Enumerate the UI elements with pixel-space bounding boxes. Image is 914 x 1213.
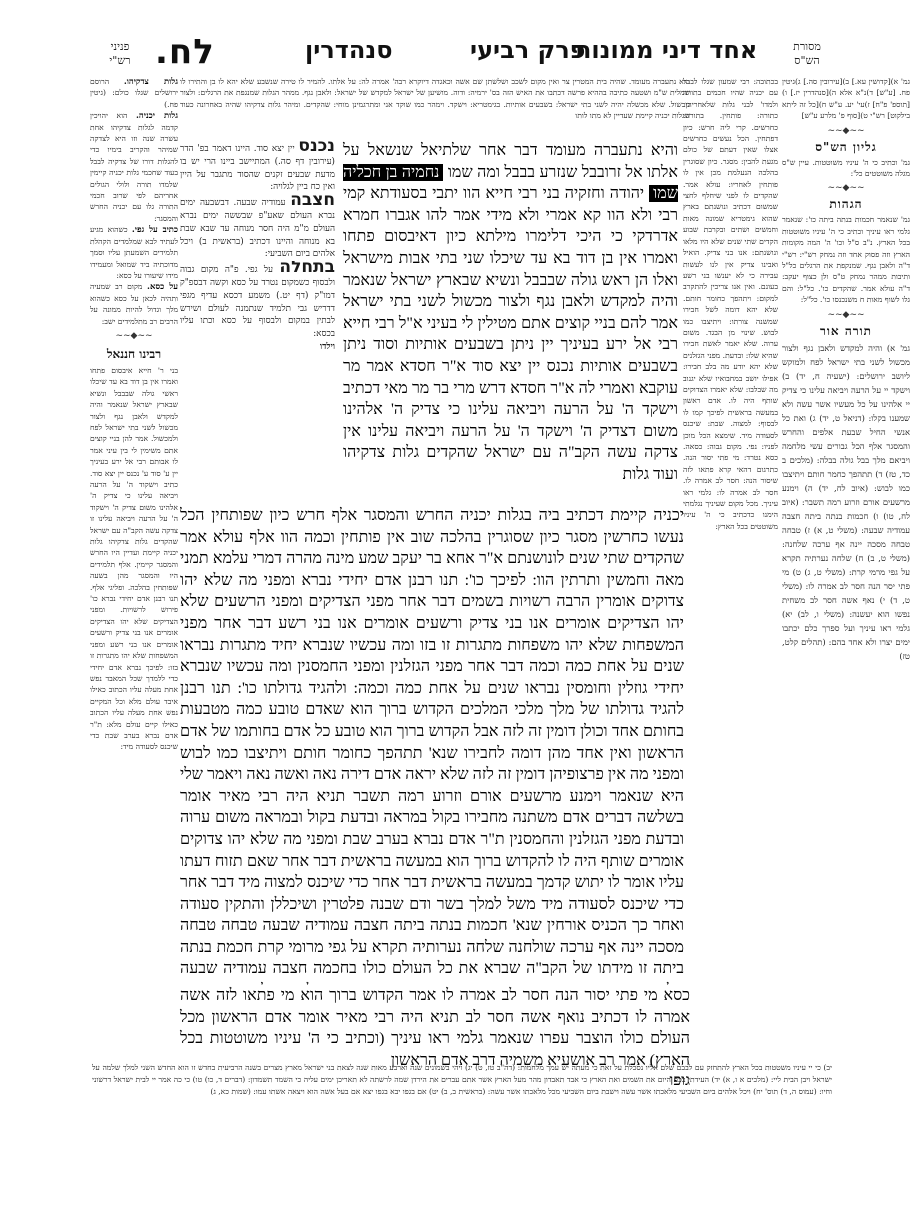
- commentary-entry: גלות יכניה. הוא יהויכין קדמה לגלות צדקיה…: [90, 110, 178, 224]
- ornament-divider: ~~◆~~: [90, 331, 178, 341]
- pninei-rashi-label: פניני רש"י: [100, 40, 140, 68]
- tosafot-catchword: וילדו: [180, 341, 335, 354]
- entry-heading: גלות צדקיהו.: [124, 76, 178, 86]
- right-margin: גמ' א)[קדושין עא.] ב)[עירובין סה.] ג)גיט…: [782, 76, 910, 811]
- rashi-top-commentary: היא נתעברה מעומד. שהיה בית המטרין צר ואי…: [180, 76, 690, 138]
- tosafot-entry: חצבה עמודיה שבעה. דבשבעה ימים נברא העולם…: [180, 194, 335, 261]
- commentary-entry: גלות צדקיהו. הרוסם ירושלים שגלו כולם: (ג…: [90, 76, 178, 110]
- talmud-page: פניני רש"י לח. סנהדרין פרק רביעי אחד דינ…: [0, 0, 914, 1213]
- hagahot-title: הגהות: [782, 197, 910, 212]
- mishnah-title: אחד דיני ממונות: [575, 36, 757, 64]
- gemara-line: כסא מי פתי יסור הנה חסר לב אמרה לו אמר ה…: [180, 987, 690, 1069]
- label-line: מסורת: [782, 40, 832, 54]
- ornament-divider: ~~◆~~: [782, 310, 910, 320]
- torah-or-title: תורה אור: [782, 324, 910, 339]
- label-line: רש"י: [100, 54, 140, 68]
- label-line: פניני: [100, 40, 140, 54]
- rabbenu-chananel-title: רבינו חננאל: [90, 347, 178, 362]
- footer-verse-references: יב) כי יי עיניו משטטות בכל הארץ להתחזק ע…: [92, 1062, 832, 1099]
- gemara-continuation: וחזקיה בני רבי חייא הוו יתבי בסעודתא קמי…: [343, 185, 678, 483]
- masoret-hashas-text: גמ' א)[קדושין עא.] ב)[עירובין סה.] ג)גיט…: [782, 76, 910, 122]
- tosafot-heading: נכנס: [298, 140, 335, 156]
- tractate-title: סנהדרין: [305, 36, 393, 64]
- gemara-line: והיא נתעברה מעומד דבר אחר שלתיאל: [421, 142, 678, 159]
- gemara-wide-text: יכניה קיימת דכתיב ביה בגלות יכניה החרש ו…: [180, 505, 684, 985]
- gemara-line: ומה שמו: [448, 164, 500, 181]
- commentary-entry: כתיב על גפי. כשהוא מגיע לעתיד לבא שמלמדי…: [90, 224, 178, 281]
- gemara-main-text: והיא נתעברה מעומד דבר אחר שלתיאל שנשאל ע…: [343, 140, 678, 486]
- left-margin-commentary: גלות צדקיהו. הרוסם ירושלים שגלו כולם: (ג…: [90, 76, 178, 965]
- label-line: הש"ס: [782, 54, 832, 68]
- tosafot-heading: בתחלה: [279, 261, 335, 277]
- gemara-line: יהודה: [610, 185, 644, 202]
- hagahot-text: גמ' שנאמר חכמות בנתה ביתה כו': שנאמר גלמ…: [782, 214, 910, 305]
- tosafot-text: על גפי. פ"ה מקום גבוה ולבסוף כשמקום נטרד…: [180, 265, 335, 339]
- gilyon-hashas-title: גליון הש"ס: [782, 140, 910, 155]
- rashi-commentary: בכתובה: רבי שמעון שגלו לבבל עם יכניה שהי…: [683, 76, 778, 976]
- commentary-entry: על כסא. מקום רב שמעיה ותהיה לכאן על כסא …: [90, 281, 178, 327]
- rabbenu-chananel-text: בני ר' חייא איבסום פתחו ואמרו אין בן דוד…: [90, 365, 178, 965]
- masoret-label: מסורת הש"ס: [782, 40, 832, 68]
- chapter-title: פרק רביעי: [470, 36, 585, 64]
- entry-text: הוא יהויכין קדמה לגלות צדקיהו אחת עשרה ש…: [90, 111, 178, 223]
- tosafot-heading: חצבה: [290, 194, 335, 210]
- ornament-divider: ~~◆~~: [782, 183, 910, 193]
- entry-heading: גלות יכניה.: [136, 110, 178, 120]
- tosafot-entry: בתחלה על גפי. פ"ה מקום גבוה ולבסוף כשמקו…: [180, 261, 335, 341]
- torah-or-text: גמ' א) והיה למקדש ולאבן נגף ולצור מכשול …: [782, 341, 910, 811]
- daf-number: לח.: [155, 32, 215, 72]
- entry-heading: כתיב על גפי.: [132, 224, 178, 234]
- ornament-divider: ~~◆~~: [782, 126, 910, 136]
- entry-heading: על כסא.: [147, 281, 178, 291]
- gilyon-hashas-text: גמ' וכתיב כי ה' עיניו משוטטות. עיין ש"ס …: [782, 157, 910, 180]
- tosafot-commentary: נכנס יין יצא סוד. היינו דאמר בפ' הדר (עי…: [180, 140, 335, 354]
- tosafot-entry: נכנס יין יצא סוד. היינו דאמר בפ' הדר (עי…: [180, 140, 335, 194]
